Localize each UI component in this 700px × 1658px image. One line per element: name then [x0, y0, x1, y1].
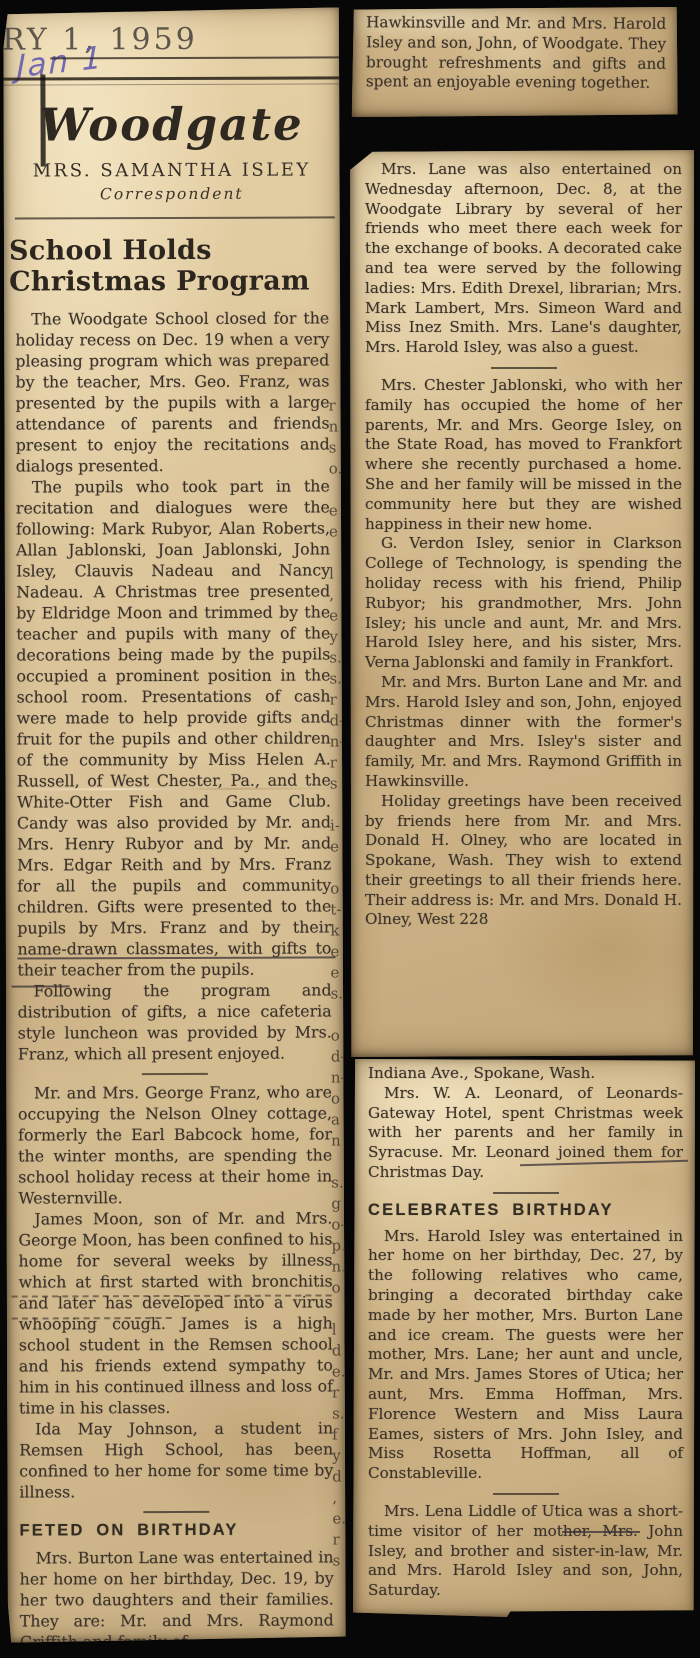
headline-line-2: Christmas Program — [9, 266, 310, 298]
right-main-newspaper-clipping: Mrs. Lane was also entertained on Wednes… — [350, 150, 694, 1057]
paragraph: Mrs. Harold Isley was entertained in her… — [368, 1227, 683, 1484]
section-heading-celebrates: CELEBRATES BIRTHDAY — [368, 1201, 683, 1221]
paragraph: Holiday greetings have been received by … — [365, 792, 682, 931]
right-bottom-newspaper-clipping: Indiana Ave., Spokane, Wash. Mrs. W. A. … — [353, 1059, 695, 1617]
paragraph: Mrs. Lane was also entertained on Wednes… — [365, 160, 682, 358]
paragraph: Mr. and Mrs. Burton Lane and Mr. and Mrs… — [365, 673, 682, 792]
section-divider — [143, 1511, 209, 1513]
pen-underline-mark — [562, 1531, 640, 1533]
right-top-body: Hawkinsville and Mr. and Mrs. Harold Isl… — [352, 5, 678, 94]
paragraph: Mrs. Lena Liddle of Utica was a short-ti… — [368, 1502, 683, 1601]
correspondent-name: MRS. SAMANTHA ISLEY — [3, 159, 341, 181]
header-rule-heavy — [2, 76, 340, 85]
correspondent-role: Correspondent — [3, 184, 341, 203]
masthead-rule — [15, 216, 335, 219]
paragraph: Mrs. Burton Lane was entertained in her … — [20, 1546, 334, 1652]
section-divider — [142, 1073, 208, 1075]
paragraph: Mr. and Mrs. George Franz, who are occup… — [18, 1081, 332, 1208]
headline-line-1: School Holds — [9, 236, 310, 268]
right-main-body: Mrs. Lane was also entertained on Wednes… — [350, 150, 694, 930]
right-bottom-body: Indiana Ave., Spokane, Wash. Mrs. W. A. … — [353, 1059, 695, 1601]
left-column-body: The Woodgate School closed for the holid… — [15, 307, 334, 1652]
right-top-newspaper-clipping: Hawkinsville and Mr. and Mrs. Harold Isl… — [352, 5, 679, 119]
paragraph: Indiana Ave., Spokane, Wash. — [368, 1064, 683, 1084]
section-divider — [493, 1493, 559, 1495]
paragraph: Mrs. W. A. Leonard, of Leonards-Gateway … — [368, 1084, 683, 1183]
paragraph: The pupils who took part in the recitati… — [16, 475, 332, 980]
section-divider — [493, 1192, 559, 1194]
column-masthead-title: Woodgate — [2, 97, 340, 151]
header-rule-thin — [50, 56, 340, 59]
paragraph: Following the program and distribution o… — [18, 979, 332, 1064]
paragraph: Ida May Johnson, a student in Remsen Hig… — [19, 1417, 333, 1502]
pen-underline-mark — [12, 985, 70, 987]
paragraph: Mrs. Chester Jablonski, who with her fam… — [365, 376, 682, 534]
paragraph: The Woodgate School closed for the holid… — [15, 307, 330, 476]
section-divider — [491, 367, 557, 369]
section-heading-feted: FETED ON BIRTHDAY — [19, 1519, 333, 1541]
article-headline: School Holds Christmas Program — [9, 236, 310, 299]
paragraph: G. Verdon Isley, senior in Clarkson Coll… — [365, 534, 682, 673]
paragraph: James Moon, son of Mr. and Mrs. George M… — [18, 1207, 333, 1418]
paragraph: Hawkinsville and Mr. and Mrs. Harold Isl… — [366, 13, 666, 94]
left-newspaper-clipping: RY 1, 1959 Jan 1 Woodgate MRS. SAMANTHA … — [2, 7, 346, 1642]
